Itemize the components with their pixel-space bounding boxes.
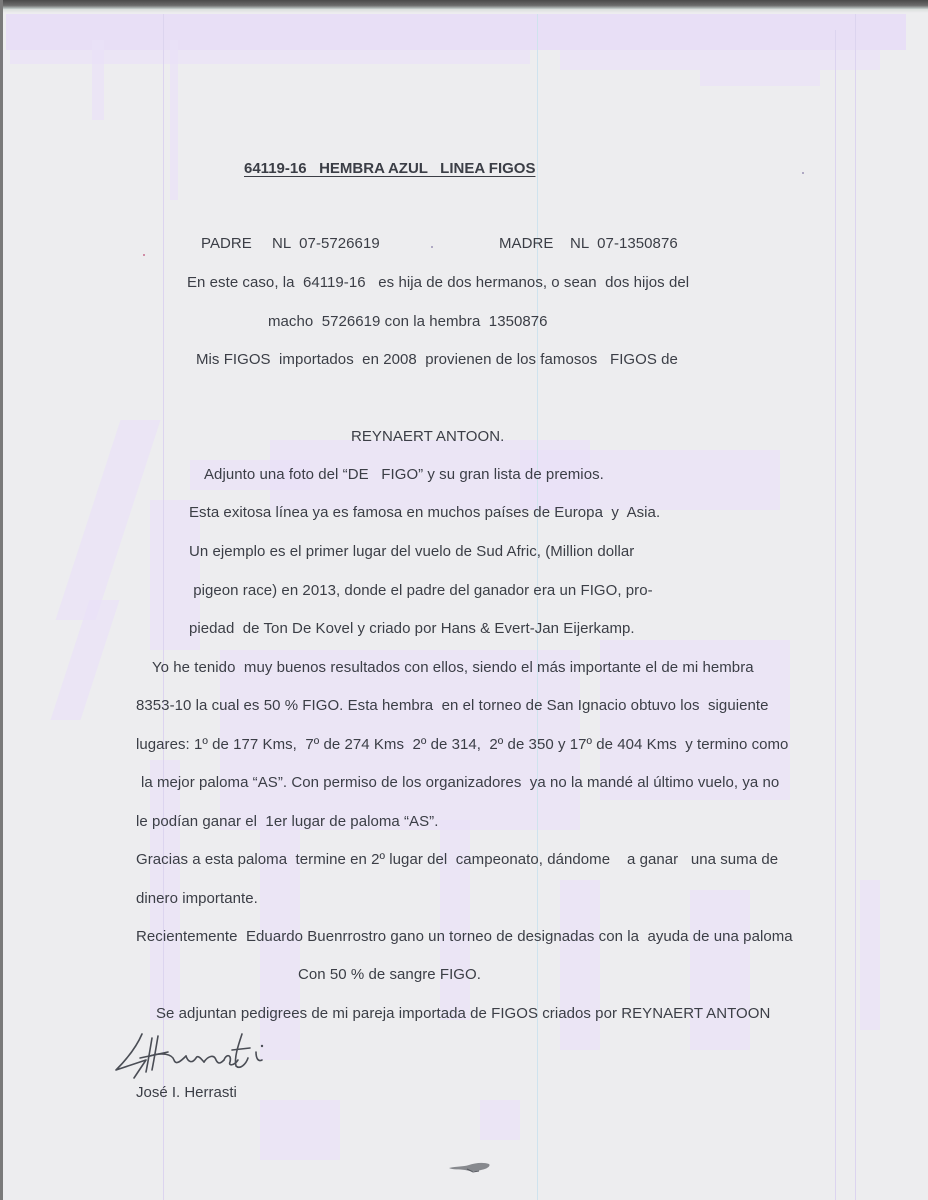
body-line: Se adjuntan pedigrees de mi pareja impor…	[156, 1005, 770, 1023]
padre-label: PADRE	[201, 235, 252, 253]
body-line: 8353-10 la cual es 50 % FIGO. Esta hembr…	[136, 697, 768, 715]
scanned-page: 64119-16 HEMBRA AZUL LINEA FIGOS PADRE N…	[0, 0, 928, 1200]
speck	[431, 246, 433, 248]
body-line: Adjunto una foto del “DE FIGO” y su gran…	[204, 466, 604, 484]
padre-id: NL 07-5726619	[272, 235, 380, 253]
signer-name: José I. Herrasti	[136, 1084, 237, 1101]
body-line: Mis FIGOS importados en 2008 provienen d…	[196, 351, 678, 369]
scanner-edge-shade	[0, 9, 928, 13]
body-line: lugares: 1º de 177 Kms, 7º de 274 Kms 2º…	[136, 736, 788, 754]
body-line: Yo he tenido muy buenos resultados con e…	[152, 659, 754, 677]
body-line: Con 50 % de sangre FIGO.	[298, 966, 481, 984]
speck	[143, 254, 145, 256]
scanner-edge-top	[0, 0, 928, 9]
body-line: Gracias a esta paloma termine en 2º luga…	[136, 851, 778, 869]
scanner-edge-left	[0, 0, 3, 1200]
body-line: macho 5726619 con la hembra 1350876	[268, 313, 548, 331]
body-line: En este caso, la 64119-16 es hija de dos…	[187, 274, 689, 292]
body-line: pigeon race) en 2013, donde el padre del…	[189, 582, 653, 600]
body-line: le podían ganar el 1er lugar de paloma “…	[136, 813, 438, 831]
body-line: Esta exitosa línea ya es famosa en mucho…	[189, 504, 660, 522]
body-line: REYNAERT ANTOON.	[351, 428, 504, 446]
body-line: dinero importante.	[136, 890, 258, 908]
madre-label: MADRE	[499, 235, 553, 253]
signature-icon	[112, 1030, 272, 1090]
ink-smudge-icon	[447, 1160, 495, 1174]
body-line: piedad de Ton De Kovel y criado por Hans…	[189, 620, 635, 638]
document-title: 64119-16 HEMBRA AZUL LINEA FIGOS	[244, 160, 535, 177]
body-line: Un ejemplo es el primer lugar del vuelo …	[189, 543, 634, 561]
speck	[802, 172, 804, 174]
body-line: Recientemente Eduardo Buenrrostro gano u…	[136, 928, 793, 946]
body-line: la mejor paloma “AS”. Con permiso de los…	[141, 774, 779, 792]
madre-id: NL 07-1350876	[570, 235, 678, 253]
